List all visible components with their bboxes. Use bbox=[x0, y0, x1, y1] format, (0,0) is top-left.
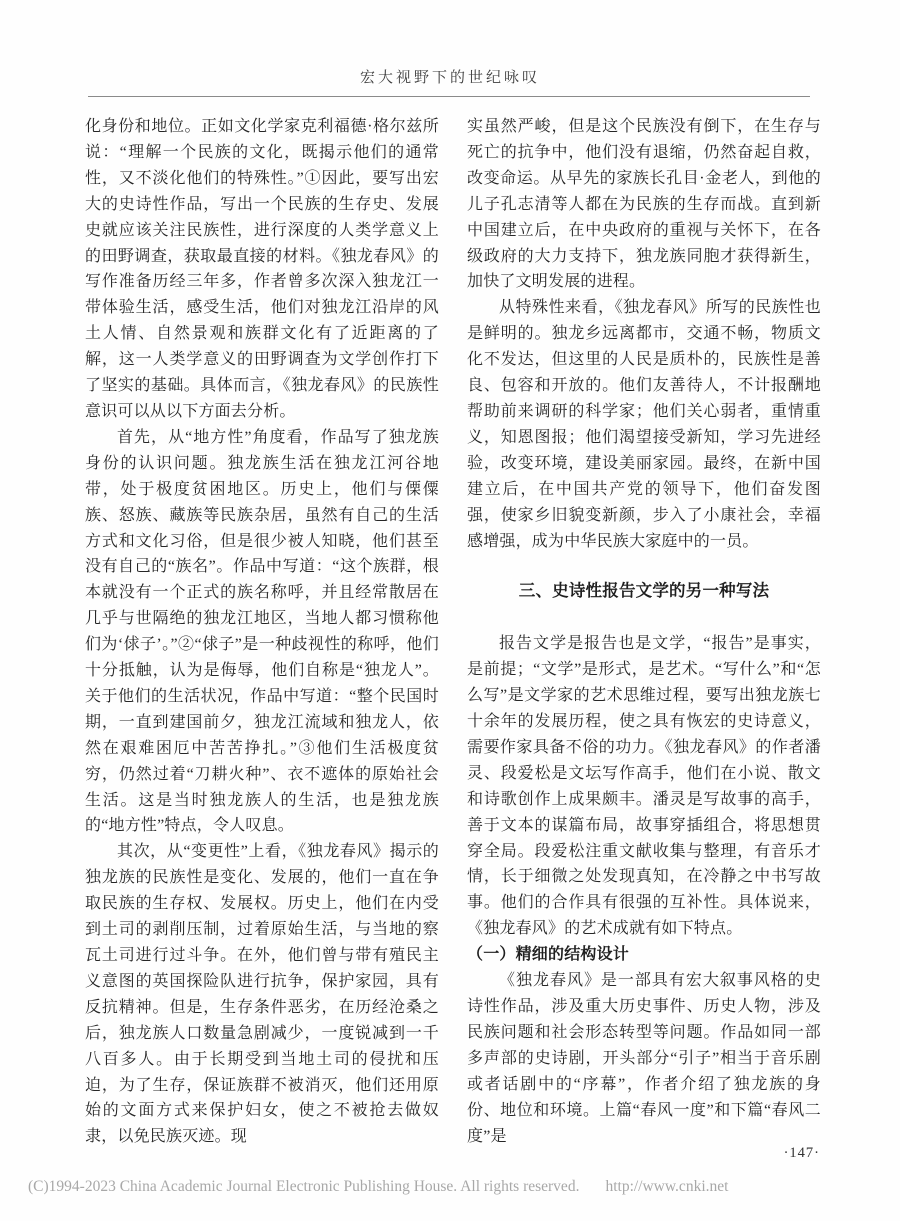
paragraph-continuation-survival-struggle: 实虽然严峻，但是这个民族没有倒下，在生存与死亡的抗争中，他们没有退缩，仍然奋起自… bbox=[467, 114, 821, 295]
section-heading-epic-reportage: 三、史诗性报告文学的另一种写法 bbox=[467, 579, 821, 605]
paragraph-particularity-aspect: 从特殊性来看，《独龙春风》所写的民族性也是鲜明的。独龙乡远离都市，交通不畅，物质… bbox=[467, 295, 821, 554]
left-column: 化身份和地位。正如文化学家克利福德·格尔兹所说：“理解一个民族的文化，既揭示他们… bbox=[85, 114, 439, 1150]
paragraph-changeability-aspect: 其次，从“变更性”上看，《独龙春风》揭示的独龙族的民族性是变化、发展的，他们一直… bbox=[85, 839, 439, 1150]
paragraph-locality-aspect: 首先，从“地方性”角度看，作品写了独龙族身份的认识问题。独龙族生活在独龙江河谷地… bbox=[85, 425, 439, 840]
right-column: 实虽然严峻，但是这个民族没有倒下，在生存与死亡的抗争中，他们没有退缩，仍然奋起自… bbox=[467, 114, 821, 1149]
page-number: ·147· bbox=[784, 1145, 820, 1162]
paragraph-epic-structure: 《独龙春风》是一部具有宏大叙事风格的史诗性作品，涉及重大历史事件、历史人物，涉及… bbox=[467, 968, 821, 1149]
copyright-notice: (C)1994-2023 China Academic Journal Elec… bbox=[28, 1178, 579, 1195]
cnki-url: http://www.cnki.net bbox=[605, 1178, 728, 1195]
header-divider bbox=[88, 96, 810, 97]
subsection-heading-structure-design: （一）精细的结构设计 bbox=[467, 942, 821, 968]
paragraph-continuation-cultural-identity: 化身份和地位。正如文化学家克利福德·格尔兹所说：“理解一个民族的文化，既揭示他们… bbox=[85, 114, 439, 425]
paragraph-reportage-literature: 报告文学是报告也是文学，“报告”是事实，是前提；“文学”是形式，是艺术。“写什么… bbox=[467, 631, 821, 942]
running-head-title: 宏大视野下的世纪咏叹 bbox=[0, 66, 900, 87]
journal-page: 宏大视野下的世纪咏叹 化身份和地位。正如文化学家克利福德·格尔兹所说：“理解一个… bbox=[0, 0, 900, 1221]
footer-copyright-line: (C)1994-2023 China Academic Journal Elec… bbox=[28, 1178, 878, 1196]
